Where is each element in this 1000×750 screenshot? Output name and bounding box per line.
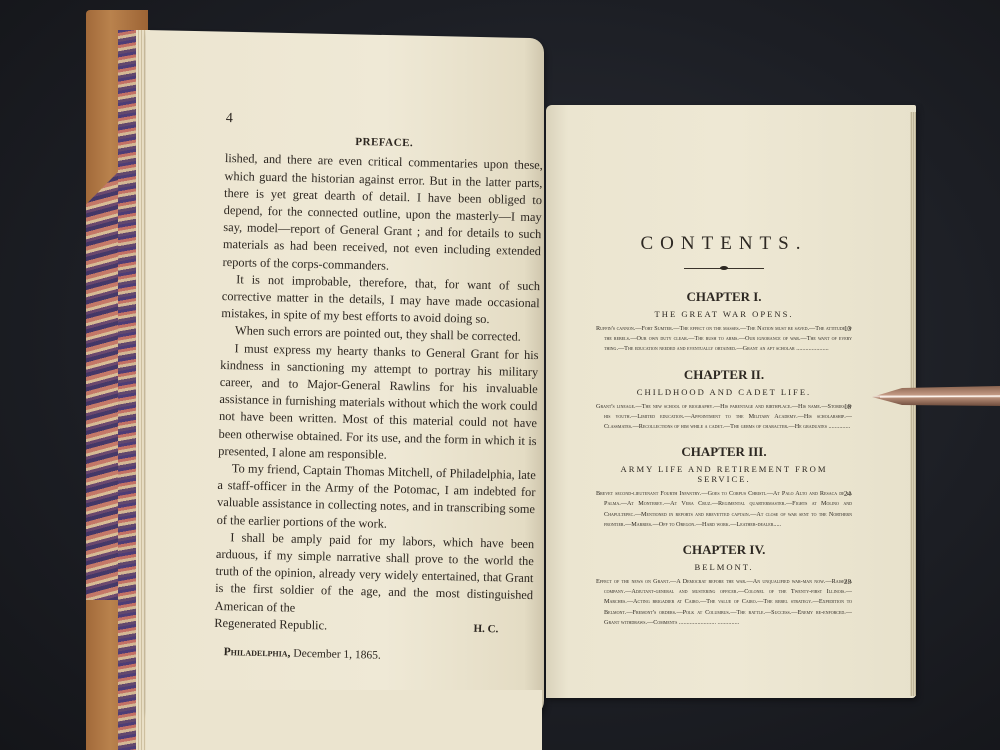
author-initials: H. C. <box>473 621 532 640</box>
ornament-rule-icon <box>684 265 764 271</box>
chapter-number: CHAPTER II. <box>596 367 852 383</box>
contents-title: CONTENTS. <box>596 233 852 255</box>
chapter-entry: CHAPTER IV. BELMONT. 28Effect of the new… <box>596 542 852 628</box>
preface-paragraph: I shall be amply paid for my labors, whi… <box>215 529 535 622</box>
chapter-title: CHILDHOOD AND CADET LIFE. <box>596 387 852 397</box>
chapter-number: CHAPTER IV. <box>596 542 852 558</box>
chapter-number: CHAPTER I. <box>596 289 852 305</box>
chapter-title: ARMY LIFE AND RETIREMENT FROM SERVICE. <box>596 464 852 484</box>
left-page-bottom <box>146 690 542 750</box>
chapter-title: THE GREAT WAR OPENS. <box>596 309 852 319</box>
preface-paragraph: It is not improbable, therefore, that, f… <box>221 271 540 330</box>
chapter-entry: CHAPTER II. CHILDHOOD AND CADET LIFE. 18… <box>596 367 852 433</box>
preface-paragraph: lished, and there are even critical comm… <box>222 150 543 278</box>
closing-line: Regenerated Republic. <box>214 615 327 635</box>
chapter-entry: CHAPTER I. THE GREAT WAR OPENS. 13Ruffin… <box>596 289 852 355</box>
preface-paragraph: I must express my hearty thanks to Gener… <box>218 340 539 468</box>
chapter-number: CHAPTER III. <box>596 444 852 460</box>
preface-paragraph: To my friend, Captain Thomas Mitchell, o… <box>216 460 535 536</box>
letter-opener-knife-icon <box>872 384 1000 408</box>
marbled-board <box>86 170 120 600</box>
chapter-summary: 24Brevet second-lieutenant Fourth Infant… <box>596 489 852 530</box>
chapter-summary: 13Ruffin's cannon.—Fort Sumter.—The effe… <box>596 324 852 355</box>
dateline-place: Philadelphia, <box>224 646 291 660</box>
marbled-spine-edge <box>118 30 136 750</box>
dateline-date: December 1, 1865. <box>293 648 381 662</box>
chapter-title: BELMONT. <box>596 562 852 572</box>
preface-text-block: 4 PREFACE. lished, and there are even cr… <box>213 110 543 668</box>
contents-block: CONTENTS. CHAPTER I. THE GREAT WAR OPENS… <box>596 233 852 640</box>
chapter-entry: CHAPTER III. ARMY LIFE AND RETIREMENT FR… <box>596 444 852 530</box>
open-book: 4 PREFACE. lished, and there are even cr… <box>0 0 1000 750</box>
chapter-summary: 28Effect of the news on Grant.—A Democra… <box>596 577 852 628</box>
chapter-summary: 18Grant's lineage.—The new school of bio… <box>596 402 852 433</box>
